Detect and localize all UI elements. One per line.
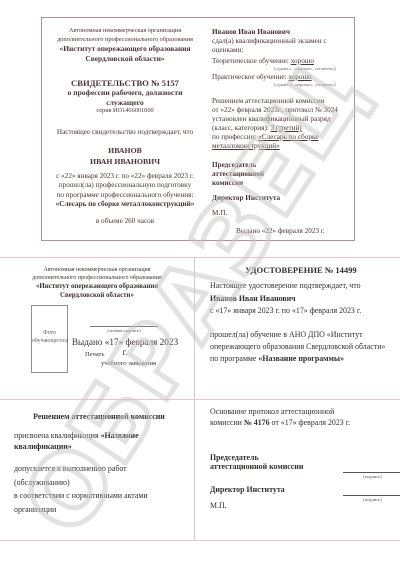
certificate-box: Автономная некоммерческая организация до… <box>41 17 355 241</box>
director-title: Директор Института <box>210 485 392 494</box>
personal-signature-hint: (личная подпись) <box>82 328 166 333</box>
chairman-title-line2: аттестационной комиссии <box>210 462 392 471</box>
certificate-subtitle2: служащего <box>46 98 204 108</box>
seal-label-line2: учебного заведения <box>101 360 156 367</box>
exam-holder-fio: Иванов Иван Иванович <box>212 28 352 37</box>
grade-hint-theory: («удовл.», «хорошо», «отлично») <box>274 66 352 71</box>
stamp-placeholder: М.П. <box>210 501 392 510</box>
director-signature-hint: (подпись) <box>343 497 400 502</box>
holder-surname: ИВАНОВ <box>46 146 204 157</box>
permission-line3: организации <box>14 505 56 514</box>
udostoverenie-confirm: Настоящее удостоверение подтверждает, чт… <box>210 280 392 293</box>
udostoverenie-section: УДОСТОВЕРЕНИЕ № 14499 Настоящее удостове… <box>194 257 400 399</box>
org-type-line1: Автономная некоммерческая организация <box>0 266 194 274</box>
chairman-title-line1: Председатель <box>212 161 352 170</box>
certificate-right-column: Иванов Иван Иванович сдал(а) квалификаци… <box>212 28 352 236</box>
chairman-title-line1: Председатель <box>210 453 392 462</box>
udostoverenie-paragraph: прошел(ла) обучение в АНО ДПО «Институт … <box>210 329 392 365</box>
org-type-line1: Автономная некоммерческая организация <box>46 27 204 36</box>
commission-decision-line5: по профессии: «Слесарь по сборке <box>212 133 352 142</box>
id-card-left-page: Автономная некоммерческая организация до… <box>0 257 194 399</box>
org-name-line1: «Институт опережающего образования <box>0 282 194 291</box>
training-line1: прошел(ла) профессиональную подготовку <box>46 181 204 190</box>
udostoverenie-text-line1: прошел(ла) обучение в АНО ДПО «Институт <box>210 330 363 339</box>
qualification-name-line1: «Название <box>101 431 139 440</box>
holder-name-patronymic: ИВАН ИВАНОВИЧ <box>46 157 204 168</box>
category-value: 3 (третий) <box>271 124 302 132</box>
profession-value-line2: металлоконструкций» <box>212 142 352 151</box>
certificate-series: серия ИО1466001000 <box>46 107 204 115</box>
commission-decision-line1: Решением аттестационной комиссии <box>212 97 352 106</box>
chairman-signature-line <box>343 472 400 473</box>
udostoverenie-program-prefix: по программе <box>210 354 258 363</box>
grade-hint-practice: («удовл.», «хорошо», «отлично») <box>274 82 352 87</box>
org-name-line2: Свердловской области» <box>0 291 194 300</box>
training-line2: по программе профессионального обучения: <box>46 191 204 200</box>
personal-signature-line <box>90 326 158 327</box>
basis-line1: Основание протокол аттестационной <box>210 407 334 416</box>
chairman-title-line3: комиссии <box>212 179 352 188</box>
basis-section: Основание протокол аттестационной комисс… <box>194 399 400 540</box>
qualification-title: Решением аттестационной комиссии <box>14 412 184 421</box>
program-hours: в объеме 260 часов <box>46 217 204 225</box>
photo-label-line2: обучающегося <box>32 338 67 346</box>
commission-decision-line2: от «22» февраля 2023г., протокол № 3024 <box>212 106 352 115</box>
udostoverenie-fio: Иванов Иван Иванович <box>210 293 392 306</box>
director-signature-line <box>343 495 400 496</box>
practice-label: Практическое обучение: <box>212 73 288 81</box>
practice-grade-line: Практическое обучение: хорошо <box>212 73 352 82</box>
org-type-line2: дополнительного профессионального образо… <box>46 36 204 45</box>
udostoverenie-period: с «17» января 2023 г. по «17» февраля 20… <box>210 305 392 318</box>
profession-label: по профессии: <box>212 133 258 141</box>
seal-label-line1: Печать <box>85 351 105 358</box>
qualification-prefix: присвоена квалификация <box>14 431 101 440</box>
chairman-signature-hint: (подпись) <box>343 474 400 479</box>
basis-line2-suffix: от «17» февраля 2023 г. <box>270 418 350 427</box>
org-name-line2: Свердловской области» <box>46 54 204 64</box>
stamp-placeholder: М.П. <box>212 209 352 218</box>
category-label: (класс, категория): <box>212 124 271 132</box>
theory-label: Теоретическое обучение: <box>212 57 291 65</box>
exam-passed-line2: оценками: <box>212 46 352 55</box>
training-period: с «22» января 2023 г. по «22» февраля 20… <box>46 172 204 181</box>
org-type-line2: дополнительного профессионального образо… <box>0 274 194 282</box>
certificate-left-column: Автономная некоммерческая организация до… <box>46 27 204 225</box>
certificate-title: СВИДЕТЕЛЬСТВО № 5157 <box>46 78 204 88</box>
udostoverenie-title: УДОСТОВЕРЕНИЕ № 14499 <box>210 265 392 275</box>
permission-line1: допускается к выполнению работ (обслужив… <box>14 464 127 487</box>
photo-label-line1: Фото <box>32 330 67 338</box>
director-title: Директор Института <box>212 194 352 203</box>
commission-decision-line4: (класс, категория): 3 (третий) <box>212 124 352 133</box>
udostoverenie-text-line2: опережающего образования Свердловской об… <box>210 342 385 351</box>
commission-decision-line3: установлен квалификационный разряд <box>212 115 352 124</box>
basis-protocol-number: № 4176 <box>244 418 270 427</box>
permission-line2: в соответствии с нормативными актами <box>14 491 148 500</box>
exam-passed-line1: сдал(а) квалификационный экзамен с <box>212 37 352 46</box>
qualification-assigned: присвоена квалификация «Название квалифи… <box>14 430 184 452</box>
chairman-title-line2: аттестационной <box>212 170 352 179</box>
theory-grade-line: Теоретическое обучение: хорошо <box>212 57 352 66</box>
qualification-section: Решением аттестационной комиссии присвое… <box>0 399 194 540</box>
issue-date-right: Выдано «22» февраля 2023 г. <box>236 227 352 236</box>
divider-line-bottom <box>0 540 400 541</box>
udostoverenie-program-name: «Название программы» <box>258 354 344 363</box>
practice-grade: хорошо <box>288 73 311 81</box>
theory-grade: хорошо <box>291 57 314 65</box>
certificate-confirm-text: Настоящее свидетельство подтверждает, чт… <box>46 128 204 136</box>
qualification-permission: допускается к выполнению работ (обслужив… <box>14 462 184 516</box>
org-name-line1: «Институт опережающего образования <box>46 44 204 54</box>
certificate-subtitle1: о профессии рабочего, должности <box>46 88 204 98</box>
qualification-name-line2: квалификации» <box>14 442 72 451</box>
photo-placeholder: Фото обучающегося <box>31 305 68 373</box>
program-name: «Слесарь по сборке металлоконструкций» <box>46 200 204 209</box>
basis-line2-prefix: комиссии <box>210 418 244 427</box>
basis-paragraph: Основание протокол аттестационной комисс… <box>210 407 392 428</box>
profession-value-line1: «Слесарь по сборке <box>258 133 318 141</box>
